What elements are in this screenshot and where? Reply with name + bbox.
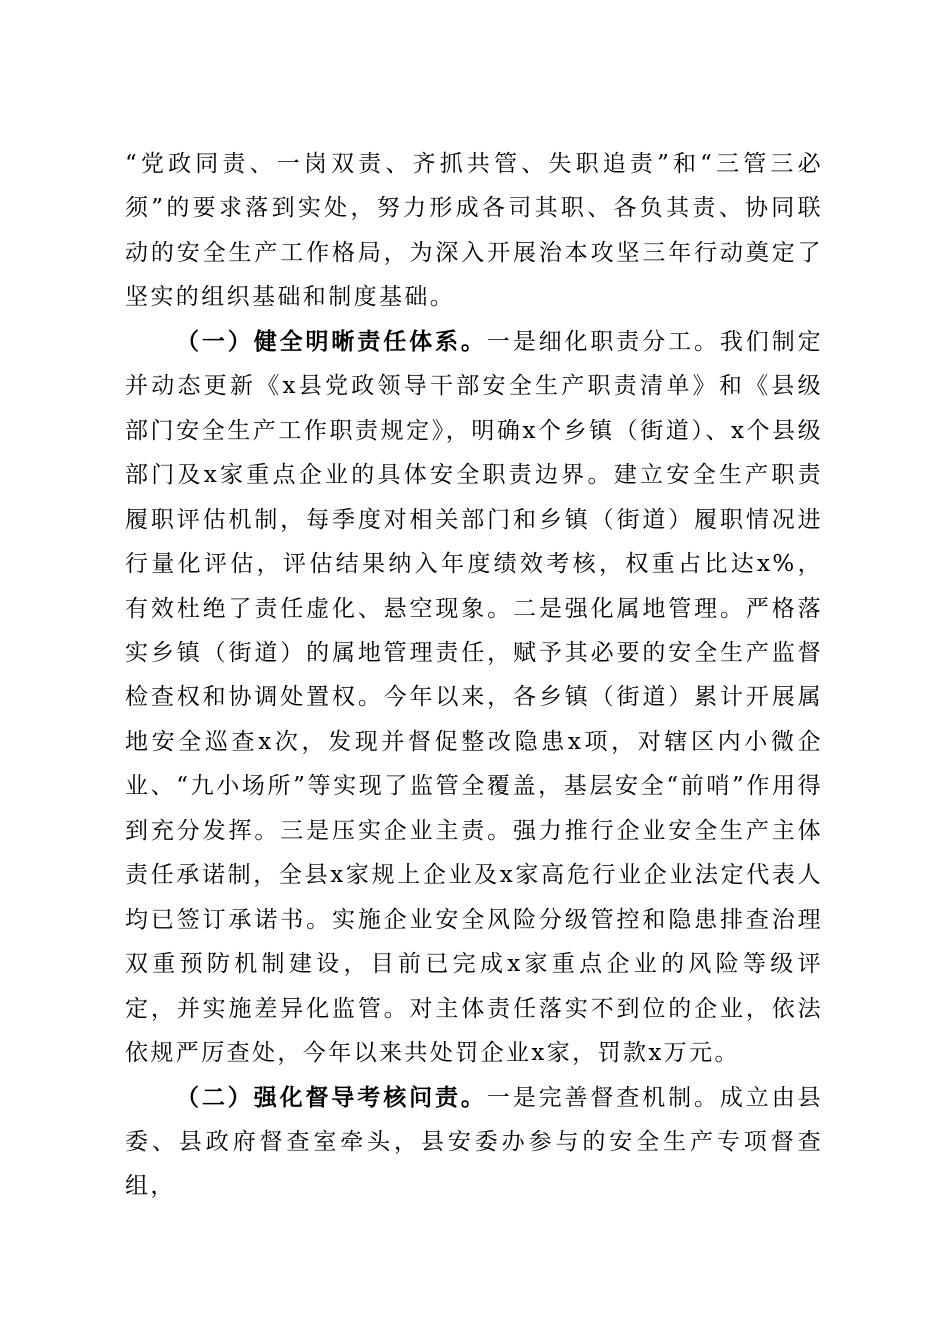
section-heading: （二）强化督导考核问责。 <box>176 1084 487 1111</box>
paragraph-section-2: （二）强化督导考核问责。一是完善督查机制。成立由县委、县政府督查室牵头，县安委办… <box>125 1076 823 1209</box>
paragraph-intro: “党政同责、一岗双责、齐抓共管、失职追责”和“三管三必须”的要求落到实处，努力形… <box>125 142 823 320</box>
paragraph-text: 一是细化职责分工。我们制定并动态更新《x县党政领导干部安全生产职责清单》和《县级… <box>125 329 823 1066</box>
paragraph-text: “党政同责、一岗双责、齐抓共管、失职追责”和“三管三必须”的要求落到实处，努力形… <box>125 151 823 310</box>
document-page: “党政同责、一岗双责、齐抓共管、失职追责”和“三管三必须”的要求落到实处，努力形… <box>125 142 823 1209</box>
section-heading: （一）健全明晰责任体系。 <box>176 328 487 355</box>
paragraph-section-1: （一）健全明晰责任体系。一是细化职责分工。我们制定并动态更新《x县党政领导干部安… <box>125 320 823 1076</box>
